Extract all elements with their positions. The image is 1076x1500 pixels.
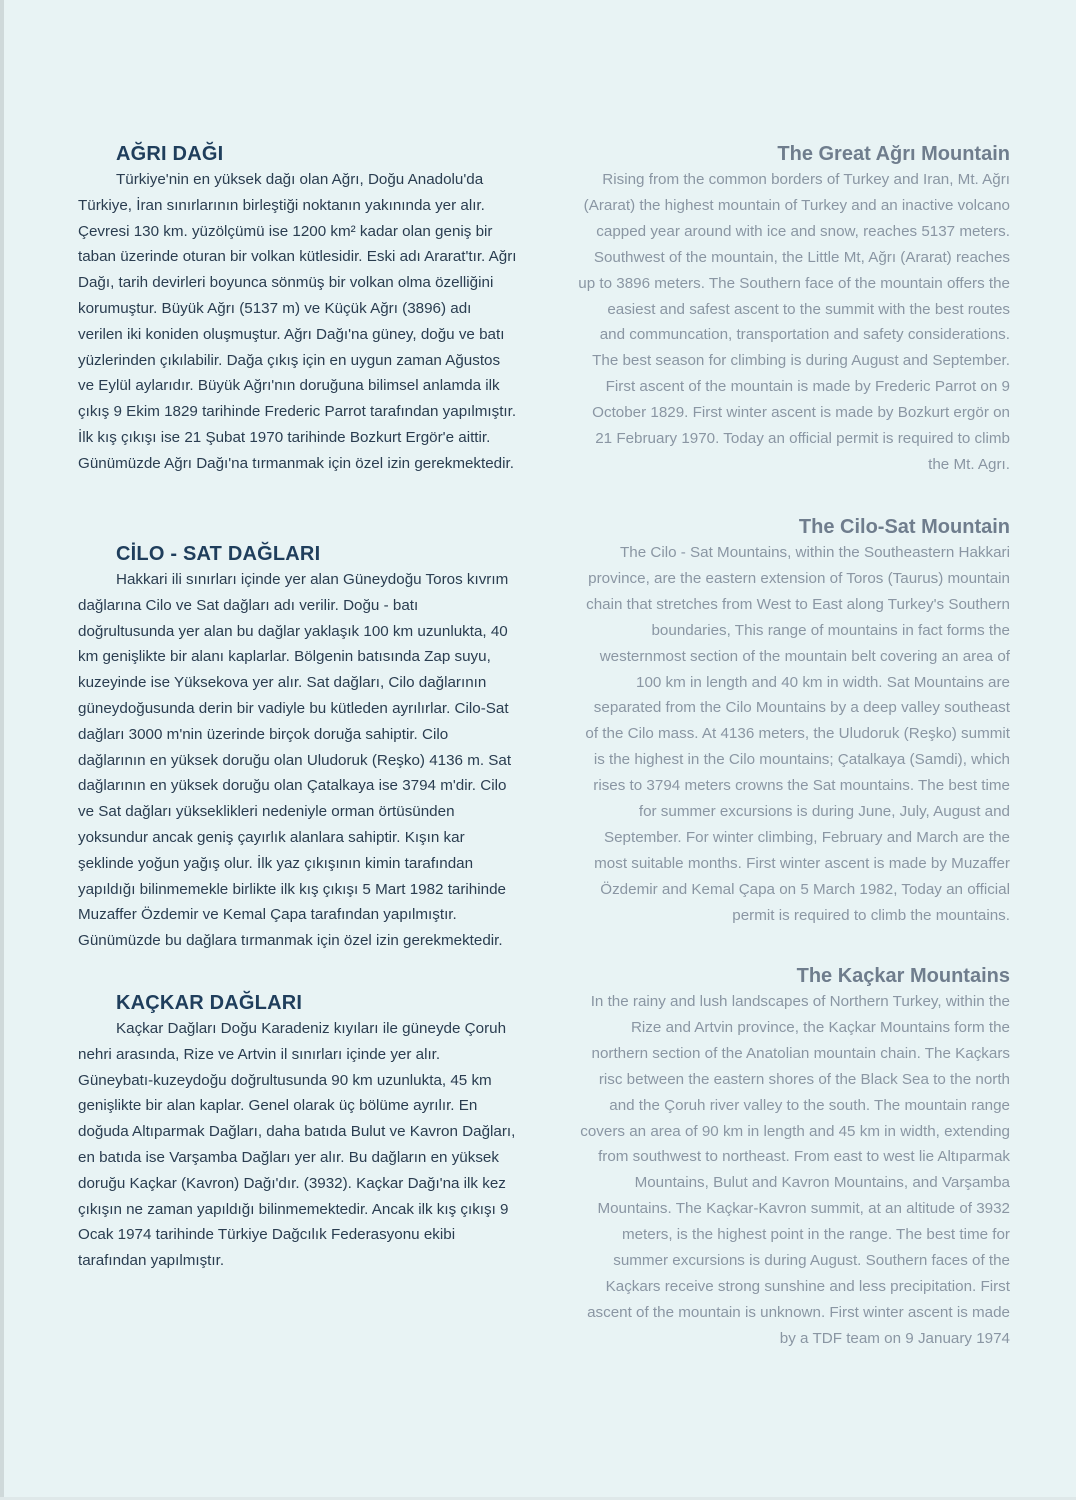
section-body: Rising from the common borders of Turkey… <box>578 167 1010 478</box>
section-agri-dagi: AĞRI DAĞI Türkiye'nin en yüksek dağı ola… <box>78 141 518 477</box>
section-great-agri-mountain: The Great Ağrı Mountain Rising from the … <box>578 141 1010 478</box>
section-heading: The Cilo-Sat Mountain <box>578 514 1010 540</box>
section-heading: CİLO - SAT DAĞLARI <box>78 541 518 567</box>
section-heading: KAÇKAR DAĞLARI <box>78 990 518 1016</box>
section-kackar-mountains: The Kaçkar Mountains In the rainy and lu… <box>578 963 1010 1352</box>
section-body: In the rainy and lush landscapes of Nort… <box>578 989 1010 1352</box>
section-cilo-sat-daglari: CİLO - SAT DAĞLARI Hakkari ili sınırları… <box>78 541 518 954</box>
section-kackar-daglari: KAÇKAR DAĞLARI Kaçkar Dağları Doğu Karad… <box>78 990 518 1274</box>
section-body: Hakkari ili sınırları içinde yer alan Gü… <box>78 567 518 954</box>
section-heading: The Kaçkar Mountains <box>578 963 1010 989</box>
section-heading: AĞRI DAĞI <box>78 141 518 167</box>
section-body: Türkiye'nin en yüksek dağı olan Ağrı, Do… <box>78 167 518 477</box>
section-body: The Cilo - Sat Mountains, within the Sou… <box>578 540 1010 929</box>
section-heading: The Great Ağrı Mountain <box>578 141 1010 167</box>
page-edge-left <box>0 0 4 1500</box>
section-body: Kaçkar Dağları Doğu Karadeniz kıyıları i… <box>78 1016 518 1274</box>
section-cilo-sat-mountain: The Cilo-Sat Mountain The Cilo - Sat Mou… <box>578 514 1010 929</box>
